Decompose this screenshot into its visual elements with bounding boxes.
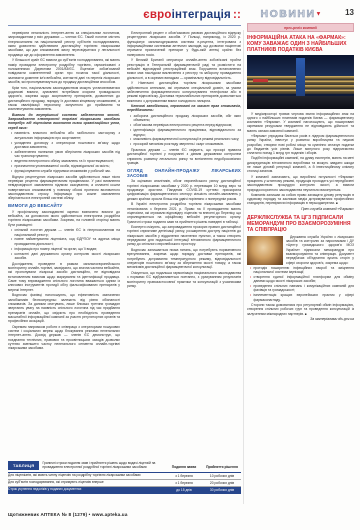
bullet-list: наявність власного вебсайта або мобільно…	[11, 131, 120, 173]
body-paragraph: У профільному законодавстві окремо визна…	[8, 210, 120, 227]
table-cell: до 15 днів	[165, 488, 203, 492]
publication-footer: Щотижневик АПТЕКА № 8 (1279) • www.aptek…	[8, 512, 128, 517]
body-paragraph: Практика держав — членів ЄС свідчить, що…	[127, 148, 241, 165]
bullet-item: контактні дані державного органу контрол…	[11, 252, 120, 261]
bullet-item: заборона дистанційного продажу лікарськи…	[130, 114, 241, 123]
table-column-header: Подання заяви	[165, 466, 203, 470]
table-label: ТАБЛИЦЯ	[8, 461, 39, 470]
table-body: Для ліцензіатів, які мають чинну ліцензі…	[8, 473, 241, 494]
table-cell: Для суб’єктів господарювання, які отриму…	[8, 481, 165, 485]
section-masthead: євроінтеграція::	[8, 9, 241, 21]
body-paragraph: Подібні інформаційні кампанії, на думку …	[247, 156, 354, 173]
photo-red-sign	[253, 79, 268, 82]
column-divider	[243, 30, 244, 504]
body-paragraph: Компанія залишає за собою право захищати…	[247, 193, 354, 206]
article-column-left: перевіряти легальність інтернет-аптек за…	[8, 31, 120, 458]
body-paragraph: У Великій Британії оператори онлайн-апте…	[127, 58, 241, 80]
body-paragraph: У більшості країн ЄС вимоги до суб’єктів…	[8, 58, 120, 84]
article-byline: Прес-служба компанії «Фармак»	[247, 207, 354, 211]
photo-foreground	[247, 96, 354, 109]
photo-memorandum-signing	[247, 236, 283, 265]
news-section-label: НОВИНИ	[261, 8, 316, 20]
triangle-down-icon: ▼	[316, 12, 322, 18]
body-paragraph: Сторони також домовилися про регулярний …	[247, 303, 354, 316]
sidebar-headline: ДЕРЖЛІКСЛУЖБА ТА ЦГЗ ПІДПИСАЛИ МЕМОРАНДУ…	[247, 215, 354, 233]
bullet-item: можливість фармацевтичної консультації в…	[130, 137, 241, 141]
body-paragraph: Водночас фахівці наголошують, що ефектив…	[8, 293, 120, 323]
body-paragraph: У медіапросторі триває чергова хвиля інф…	[247, 112, 354, 133]
table-column-header: Прийняття рішення	[203, 466, 241, 470]
bullet-item: проведення спільних навчань і комунікаці…	[250, 284, 354, 293]
newspaper-page: євроінтеграція:: НОВИНИ▼ 13 перевіряти л…	[0, 0, 360, 530]
table-row: Для суб’єктів господарювання, які отриму…	[8, 480, 241, 487]
bullet-item: імплементація кращих європейських практи…	[250, 293, 354, 302]
body-paragraph: В Україні електронна роздрібна торгівля …	[127, 202, 241, 224]
news-sidebar: прес-реліз компанії ІНФОРМАЦІЙНА АТАКА Н…	[247, 23, 354, 325]
body-paragraph: перевіряти легальність інтернет-аптек за…	[8, 31, 120, 57]
bullet-item: наявність власного вебсайта або мобільно…	[11, 131, 120, 140]
bullet-item: ідентифікація фармацевтичного працівника…	[130, 128, 241, 137]
table-cell: 30 робочих днів	[203, 488, 241, 492]
photo-farmak-plant-night	[247, 55, 354, 109]
sidebar-article-farmak: ІНФОРМАЦІЙНА АТАКА НА «ФАРМАК»: КОМУ ЗАВ…	[247, 35, 354, 211]
table-caption: Граничні строки подання заяв і прийняття…	[42, 462, 165, 470]
bullet-item: протидія поширенню інфекційних хвороб та…	[250, 266, 354, 275]
table-row: Строк усунення недоліків у поданих докум…	[8, 487, 241, 494]
bullet-item: обов’язкова перевірка електронного рецеп…	[130, 123, 241, 127]
bullet-list: протидія поширенню інфекційних хвороб та…	[250, 266, 354, 302]
body-paragraph: Дослідження, проведене в рамках загально…	[8, 262, 120, 292]
bullet-item: функціонування служби підтримки споживач…	[11, 169, 120, 173]
body-paragraph: Експерти очікують, що запровадження проз…	[127, 225, 241, 247]
bullet-item: ведення електронного обліку замовлень та…	[11, 159, 120, 163]
body-paragraph: Окремим напрямком роботи є співпраця з о…	[8, 325, 120, 351]
table-cell: 20 робочих днів	[203, 481, 241, 485]
sidebar-kicker: прес-реліз компанії	[247, 23, 354, 32]
table-cell: з 1 березня	[165, 474, 203, 478]
body-paragraph: Вимоги до внутрішньої системи забезпечен…	[8, 113, 120, 130]
body-paragraph: Ключові запобіжники, спрямовані на захис…	[127, 104, 241, 113]
bullet-item: прозорий механізм розгляду звернень і ск…	[130, 142, 241, 146]
body-paragraph: Крім того, національним законодавством м…	[8, 86, 120, 112]
sidebar-headline: ІНФОРМАЦІЙНА АТАКА НА «ФАРМАК»: КОМУ ЗАВ…	[247, 35, 354, 53]
body-paragraph: Відпуск рецептурних лікарських засобів з…	[8, 175, 120, 201]
article-column-middle: Електронний рецепт є обов’язковою умовою…	[127, 31, 241, 458]
table-cell: 10 робочих днів	[203, 474, 241, 478]
body-paragraph: Водночас залишається низка питань, що по…	[127, 248, 241, 270]
bullet-item: призначення уповноваженої особи, відпові…	[11, 164, 120, 168]
sidebar-article-body: У медіапросторі триває чергова хвиля інф…	[247, 112, 354, 206]
body-paragraph: У компанії зазначають, що виробничі поту…	[247, 175, 354, 192]
bullet-item: інформація про номер ліцензії та орган, …	[11, 247, 120, 251]
body-paragraph: Електронний рецепт є обов’язковою умовою…	[127, 31, 241, 57]
masthead-integration: інтеграція	[172, 9, 231, 21]
table-row: Для ліцензіатів, які мають чинну ліцензі…	[8, 473, 241, 480]
bullet-list: заборона дистанційного продажу лікарськи…	[130, 114, 241, 147]
body-paragraph: За оцінками аналітиків, обсяг європейськ…	[127, 179, 241, 201]
sidebar-article-memorandum: ДЕРЖЛІКСЛУЖБА ТА ЦГЗ ПІДПИСАЛИ МЕМОРАНДУ…	[247, 215, 354, 322]
bullet-item: повне найменування ліцензіата, код ЄДРПО…	[11, 237, 120, 246]
body-paragraph: Очікується, що подальша гармонізація нац…	[127, 271, 241, 288]
bullet-list: спільний логотип держав — членів ЄС із г…	[11, 228, 120, 260]
bullet-item: укладення договору з оператором поштовог…	[11, 141, 120, 150]
page-number: 13	[345, 8, 354, 17]
data-table: ТАБЛИЦЯ Граничні строки подання заяв і п…	[8, 461, 241, 494]
section-subheading: ВИМОГИ ДО ВЕБСАЙТУ	[8, 203, 120, 208]
article-byline: За матеріалами dls.gov.ua	[247, 317, 354, 321]
table-cell: Строк усунення недоліків у поданих докум…	[8, 488, 165, 492]
masthead-colon: ::	[233, 9, 241, 21]
table-cell: Для ліцензіатів, які мають чинну ліцензі…	[8, 474, 165, 478]
news-section-header: НОВИНИ▼	[246, 8, 336, 20]
section-subheading: ОГЛЯД ОНЛАЙН-ПРОДАЖУ ЛІКАРСЬКИХ ЗАСОБІВ	[127, 168, 241, 178]
body-paragraph: «Фармак» упродовж багатьох років є лідер…	[247, 134, 354, 155]
masthead-rule	[8, 25, 241, 26]
table-cell: з 1 березня	[165, 481, 203, 485]
bullet-item: створення єдиної інформаційної платформи…	[250, 275, 354, 284]
table-header: ТАБЛИЦЯ Граничні строки подання заяв і п…	[8, 461, 241, 473]
body-paragraph: У Німеччині дистанційна торгівля лікарсь…	[127, 81, 241, 103]
masthead-euro: євро	[143, 9, 171, 21]
bullet-item: спільний логотип держав — членів ЄС із г…	[11, 228, 120, 237]
bullet-item: забезпечення належних умов зберігання лі…	[11, 150, 120, 159]
